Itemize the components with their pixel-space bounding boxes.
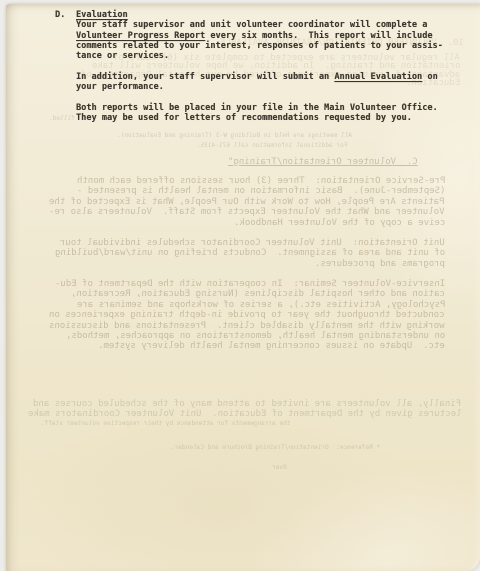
typed-paragraph: In addition, your staff supervisor will … [76, 72, 467, 93]
text-segment: Both reports will be placed in your file… [76, 103, 438, 113]
typed-line: your performance. [76, 82, 467, 92]
typed-content: D. Evaluation Your staff supervisor and … [55, 10, 467, 134]
typed-paragraphs: Your staff supervisor and unit volunteer… [55, 20, 467, 123]
bleed-through-line: on understanding mental health, demonstr… [66, 331, 445, 341]
bleed-through-line: working with the mentally disabled clien… [49, 321, 445, 331]
bleed-through-line: of unit and area of assignment. Conducts… [55, 248, 445, 258]
text-segment: Your staff supervisor and unit volunteer… [76, 20, 427, 30]
bleed-through-line: cation and other hospital disciplines (N… [71, 289, 445, 299]
text-segment: They may be used for letters of recommen… [76, 113, 412, 123]
bleed-through-line: * Reference: Orientation/Training Brochu… [171, 444, 380, 452]
bleed-through-line: ceive a copy of the Volunteer Handbook. [234, 218, 445, 228]
text-segment: tance or services. [76, 51, 169, 61]
text-segment: every six months. This report will inclu… [205, 31, 432, 41]
bleed-through-line: Finally, all volunteers are invited to a… [33, 399, 461, 409]
section-heading: Evaluation [76, 10, 128, 20]
bleed-through-line: lectures given by the Department of Educ… [28, 409, 461, 419]
bleed-through-line: Inservice-Volunteer Seminar: In cooperat… [55, 279, 445, 289]
bleed-through-line: etc. Update on issues concerning mental … [98, 341, 445, 351]
typed-line: Your staff supervisor and unit volunteer… [76, 20, 467, 30]
bleed-through-line: (September-June). Basic information on m… [77, 186, 445, 196]
underlined-text-segment: Annual Evaluation [334, 72, 422, 82]
bleed-through-line: Pre-Service Orientation: Three (3) hour … [77, 176, 445, 186]
bleed-through-line: programs and procedures. [315, 259, 445, 269]
bleed-through-line: Psychology, Activities etc.), a series o… [77, 300, 445, 310]
bleed-through-line: C. Volunteer Orientation/Training" [228, 157, 418, 167]
typed-line: tance or services. [76, 51, 467, 61]
text-segment: comments related to your interest, respo… [76, 41, 443, 51]
typed-paragraph: Your staff supervisor and unit volunteer… [76, 20, 467, 61]
typed-line: Both reports will be placed in your file… [76, 103, 467, 113]
section-label: D. [55, 10, 76, 20]
text-segment: your performance. [76, 82, 164, 92]
section-heading-row: D. Evaluation [55, 10, 467, 20]
typed-line: comments related to your interest, respo… [76, 41, 467, 51]
bleed-through-line: Volunteer and What the Volunteer Expects… [49, 207, 445, 217]
bleed-through-line: Unit Orientation: Unit Volunteer Coordin… [60, 238, 445, 248]
bleed-through-line: the arrangements for attendance by their… [41, 420, 290, 428]
typed-line: In addition, your staff supervisor will … [76, 72, 467, 82]
typed-paragraph: Both reports will be placed in your file… [76, 103, 467, 124]
scanned-page: 10. VOLUNTEER ORIENTATION/TRAINING AVAIL… [0, 0, 480, 571]
bleed-through-line: Over [272, 464, 287, 472]
typed-line: Volunteer Progress Report every six mont… [76, 31, 467, 41]
bleed-through-line: conducted throughout the year to provide… [49, 310, 445, 320]
bleed-through-line: Patients Are People, How to Work with Ou… [49, 197, 445, 207]
bleed-through-line: For additional information call 671-4135… [197, 142, 347, 150]
typed-line: They may be used for letters of recommen… [76, 113, 467, 123]
text-segment: In addition, your staff supervisor will … [76, 72, 334, 82]
underlined-text-segment: Volunteer Progress Report [76, 31, 205, 41]
screenshot-root: { "document": { "section_label": "D.", "… [0, 0, 480, 571]
text-segment: on [422, 72, 438, 82]
paper-sheet: 10. VOLUNTEER ORIENTATION/TRAINING AVAIL… [6, 4, 480, 571]
